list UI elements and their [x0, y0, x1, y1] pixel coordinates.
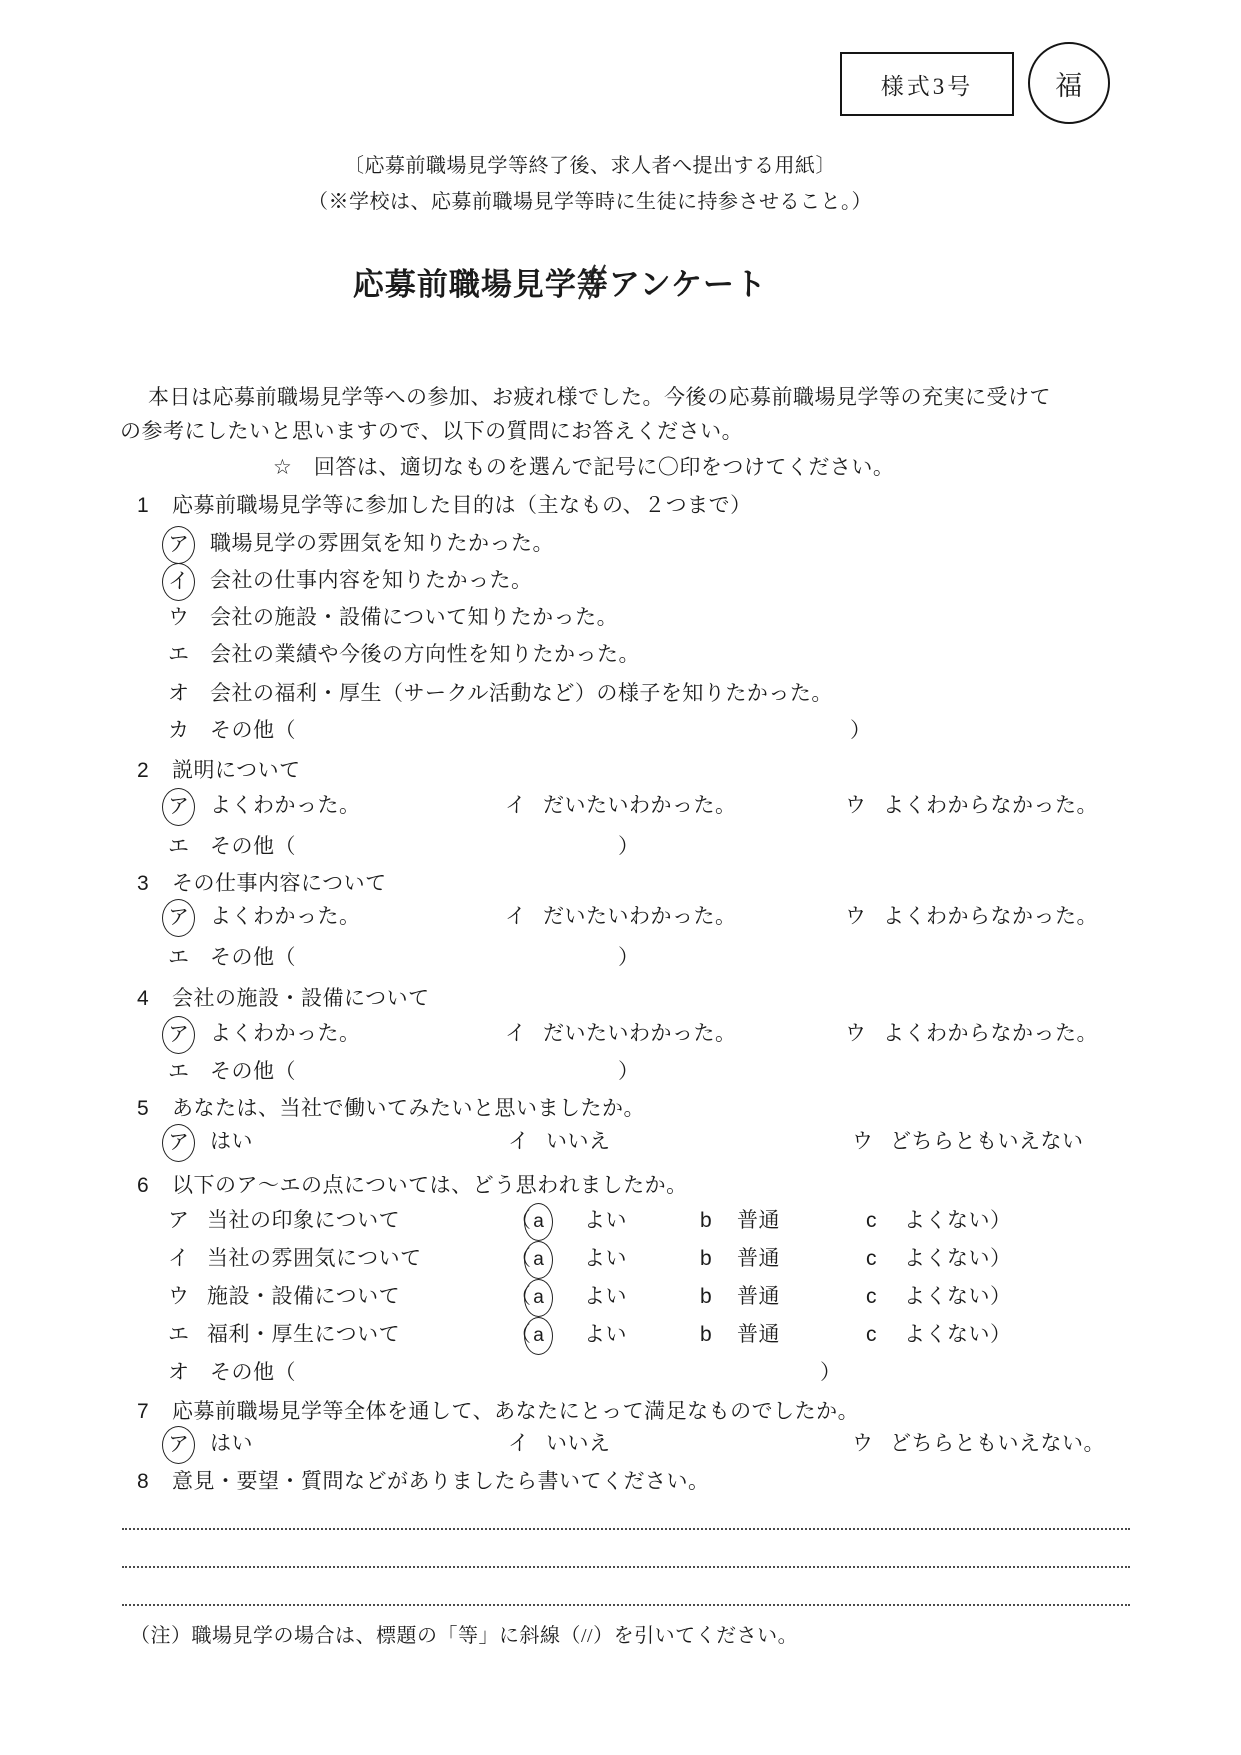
option-mark: イ [505, 1016, 527, 1052]
q4-other-row: エ その他（ ） [0, 1054, 1241, 1090]
circled-mark: a [524, 1317, 553, 1355]
q6-row-facilities: ウ 施設・設備について （ a よい b 普通 c よくない） [0, 1279, 1241, 1315]
blank-close-paren: ） [618, 829, 640, 865]
scale-b-text: 普通 [737, 1203, 780, 1239]
q1-option-other: カ その他（ ） [0, 713, 1241, 749]
circled-mark: a [524, 1241, 553, 1279]
option-text: 会社の施設・設備について知りたかった。 [210, 600, 618, 636]
scale-c-text: よくない） [904, 1317, 1012, 1353]
q5-answer-row: ア はい イ いいえ ウ どちらともいえない [0, 1124, 1241, 1160]
option-text: だいたいわかった。 [543, 1016, 737, 1052]
scale-c-mark: c [866, 1279, 877, 1315]
form-code-box: 様式3号 [840, 52, 1014, 116]
option-text: よくわかった。 [210, 788, 361, 824]
q3-rating-row: ア よくわかった。 イ だいたいわかった。 ウ よくわからなかった。 [0, 899, 1241, 935]
q6-row-impression: ア 当社の印象について （ a よい b 普通 c よくない） [0, 1203, 1241, 1239]
q4-rating-row: ア よくわかった。 イ だいたいわかった。 ウ よくわからなかった。 [0, 1016, 1241, 1052]
circled-mark: ア [162, 788, 195, 826]
answer-line [122, 1554, 1130, 1568]
scale-c-mark: c [866, 1317, 877, 1353]
question-text: 以下のア～エの点については、どう思われましたか。 [172, 1168, 688, 1204]
submit-note: 〔応募前職場見学等終了後、求人者へ提出する用紙〕 [0, 148, 1180, 184]
scale-c-text: よくない） [904, 1279, 1012, 1315]
question-text: 意見・要望・質問などがありましたら書いてください。 [172, 1464, 710, 1500]
circled-mark: ア [162, 899, 195, 937]
option-text: よくわからなかった。 [883, 1016, 1098, 1052]
seal-stamp: 福 [1028, 42, 1110, 124]
option-mark: ウ [845, 788, 867, 824]
question-4: 4 会社の施設・設備について [0, 981, 1241, 1017]
scale-b-mark: b [700, 1317, 712, 1353]
option-text: よくわからなかった。 [883, 788, 1098, 824]
option-mark: ウ [852, 1124, 874, 1160]
question-7: 7 応募前職場見学等全体を通して、あなたにとって満足なものでしたか。 [0, 1394, 1241, 1430]
option-mark: イ [505, 788, 527, 824]
q2-rating-row: ア よくわかった。 イ だいたいわかった。 ウ よくわからなかった。 [0, 788, 1241, 824]
scale-a-text: よい [584, 1241, 627, 1277]
option-text: どちらともいえない。 [890, 1426, 1105, 1462]
option-text: その他（ [210, 940, 296, 976]
option-text: 会社の福利・厚生（サークル活動など）の様子を知りたかった。 [210, 676, 833, 712]
page-title-prefix: 応募前職場見学 [353, 267, 577, 302]
question-1: 1 応募前職場見学等に参加した目的は（主なもの、２つまで） [0, 488, 1241, 524]
option-mark: ウ [845, 899, 867, 935]
q6-row-atmosphere: イ 当社の雰囲気について （ a よい b 普通 c よくない） [0, 1241, 1241, 1277]
question-number: 8 [137, 1464, 149, 1500]
scale-close-paren: ） [990, 1247, 1012, 1270]
question-number: 7 [137, 1394, 149, 1430]
option-mark: イ [508, 1426, 530, 1462]
q1-option-e: オ 会社の福利・厚生（サークル活動など）の様子を知りたかった。 [0, 676, 1241, 712]
page-title: 応募前職場見学等アンケート [0, 264, 1120, 306]
seal-label: 福 [1055, 64, 1083, 103]
scale-b-text: 普通 [737, 1241, 780, 1277]
answer-line [122, 1516, 1130, 1530]
option-mark: カ [168, 713, 190, 749]
q6-other-row: オ その他（ ） [0, 1355, 1241, 1391]
scale-b-mark: b [700, 1241, 712, 1277]
blank-close-paren: ） [820, 1355, 842, 1391]
option-mark: ア [168, 1203, 190, 1239]
answer-line [122, 1592, 1130, 1606]
option-mark: エ [168, 940, 190, 976]
option-text: その他（ [210, 1355, 296, 1391]
scale-b-text: 普通 [737, 1279, 780, 1315]
circled-mark: イ [162, 563, 195, 601]
circled-mark: ア [162, 1016, 195, 1054]
page-title-suffix: アンケート [609, 267, 767, 302]
question-text: その仕事内容について [172, 866, 387, 902]
option-mark: イ [508, 1124, 530, 1160]
blank-close-paren: ） [850, 713, 872, 749]
scale-a-text: よい [584, 1203, 627, 1239]
option-text: いいえ [546, 1426, 611, 1462]
q1-option-b: イ 会社の仕事内容を知りたかった。 [0, 563, 1241, 599]
scale-c-mark: c [866, 1203, 877, 1239]
question-number: 2 [137, 753, 149, 789]
option-text: その他（ [210, 1054, 296, 1090]
option-mark: オ [168, 676, 190, 712]
question-number: 1 [137, 488, 149, 524]
questionnaire-page: 様式3号 福 〔応募前職場見学等終了後、求人者へ提出する用紙〕 （※学校は、応募… [0, 0, 1241, 1755]
scale-a-text: よい [584, 1317, 627, 1353]
form-code-label: 様式3号 [881, 68, 974, 101]
option-text: だいたいわかった。 [543, 788, 737, 824]
school-note: （※学校は、応募前職場見学等時に生徒に持参させること。） [0, 184, 1180, 220]
option-text: よくわかった。 [210, 899, 361, 935]
scale-c-text: よくない） [904, 1203, 1012, 1239]
option-text: 会社の仕事内容を知りたかった。 [210, 563, 533, 599]
option-mark: エ [168, 829, 190, 865]
option-mark: ウ [845, 1016, 867, 1052]
option-mark: エ [168, 1054, 190, 1090]
q2-other-row: エ その他（ ） [0, 829, 1241, 865]
circled-mark: ア [162, 1124, 195, 1162]
scale-c-text: よくない） [904, 1241, 1012, 1277]
option-mark: イ [505, 899, 527, 935]
option-mark: イ [168, 1241, 190, 1277]
scale-b-mark: b [700, 1203, 712, 1239]
scale-b-text: 普通 [737, 1317, 780, 1353]
option-text: よくわかった。 [210, 1016, 361, 1052]
blank-close-paren: ） [618, 1054, 640, 1090]
question-text: 説明について [172, 753, 301, 789]
circled-mark: ア [162, 526, 195, 564]
q6-row-label: 施設・設備について [207, 1279, 400, 1315]
question-text: 応募前職場見学等全体を通して、あなたにとって満足なものでしたか。 [172, 1394, 859, 1430]
question-number: 6 [137, 1168, 149, 1204]
question-6: 6 以下のア～エの点については、どう思われましたか。 [0, 1168, 1241, 1204]
question-8: 8 意見・要望・質問などがありましたら書いてください。 [0, 1464, 1241, 1500]
option-text: だいたいわかった。 [543, 899, 737, 935]
circled-mark: a [524, 1279, 553, 1317]
option-text: はい [210, 1124, 253, 1160]
q6-row-label: 当社の印象について [207, 1203, 400, 1239]
option-text: その他（ [210, 713, 296, 749]
question-text: 会社の施設・設備について [172, 981, 430, 1017]
option-text: 会社の業績や今後の方向性を知りたかった。 [210, 637, 640, 673]
scale-a-text: よい [584, 1279, 627, 1315]
blank-close-paren: ） [618, 940, 640, 976]
question-number: 3 [137, 866, 149, 902]
scale-b-mark: b [700, 1279, 712, 1315]
circled-mark: ア [162, 1426, 195, 1464]
question-5: 5 あなたは、当社で働いてみたいと思いましたか。 [0, 1091, 1241, 1127]
scale-close-paren: ） [990, 1323, 1012, 1346]
q1-option-a: ア 職場見学の雰囲気を知りたかった。 [0, 526, 1241, 562]
question-text: あなたは、当社で働いてみたいと思いましたか。 [172, 1091, 645, 1127]
intro-paragraph-line1: 本日は応募前職場見学等への参加、お疲れ様でした。今後の応募前職場見学等の充実に受… [0, 380, 1241, 416]
q1-option-c: ウ 会社の施設・設備について知りたかった。 [0, 600, 1241, 636]
q3-other-row: エ その他（ ） [0, 940, 1241, 976]
circled-mark: a [524, 1203, 553, 1241]
option-text: いいえ [546, 1124, 611, 1160]
scale-c-mark: c [866, 1241, 877, 1277]
option-text: どちらともいえない [890, 1124, 1084, 1160]
option-text: 職場見学の雰囲気を知りたかった。 [210, 526, 554, 562]
q7-answer-row: ア はい イ いいえ ウ どちらともいえない。 [0, 1426, 1241, 1462]
question-number: 4 [137, 981, 149, 1017]
scale-close-paren: ） [990, 1209, 1012, 1232]
option-mark: ウ [168, 1279, 190, 1315]
option-mark: エ [168, 637, 190, 673]
option-mark: ウ [852, 1426, 874, 1462]
q6-row-welfare: エ 福利・厚生について （ a よい b 普通 c よくない） [0, 1317, 1241, 1353]
q1-option-d: エ 会社の業績や今後の方向性を知りたかった。 [0, 637, 1241, 673]
scale-close-paren: ） [990, 1285, 1012, 1308]
option-text: よくわからなかった。 [883, 899, 1098, 935]
question-number: 5 [137, 1091, 149, 1127]
question-3: 3 その仕事内容について [0, 866, 1241, 902]
instruction-line: ☆ 回答は、適切なものを選んで記号に〇印をつけてください。 [0, 450, 1241, 486]
intro-paragraph-line2: の参考にしたいと思いますので、以下の質問にお答えください。 [0, 414, 1241, 450]
option-text: その他（ [210, 829, 296, 865]
footer-note: （注）職場見学の場合は、標題の「等」に斜線（//）を引いてください。 [0, 1618, 1241, 1654]
q6-row-label: 当社の雰囲気について [207, 1241, 422, 1277]
option-text: はい [210, 1426, 253, 1462]
slashed-tou-char: 等 [577, 264, 609, 306]
option-mark: ウ [168, 600, 190, 636]
option-mark: エ [168, 1317, 190, 1353]
question-2: 2 説明について [0, 753, 1241, 789]
option-mark: オ [168, 1355, 190, 1391]
q6-row-label: 福利・厚生について [207, 1317, 400, 1353]
question-text: 応募前職場見学等に参加した目的は（主なもの、２つまで） [172, 488, 752, 524]
